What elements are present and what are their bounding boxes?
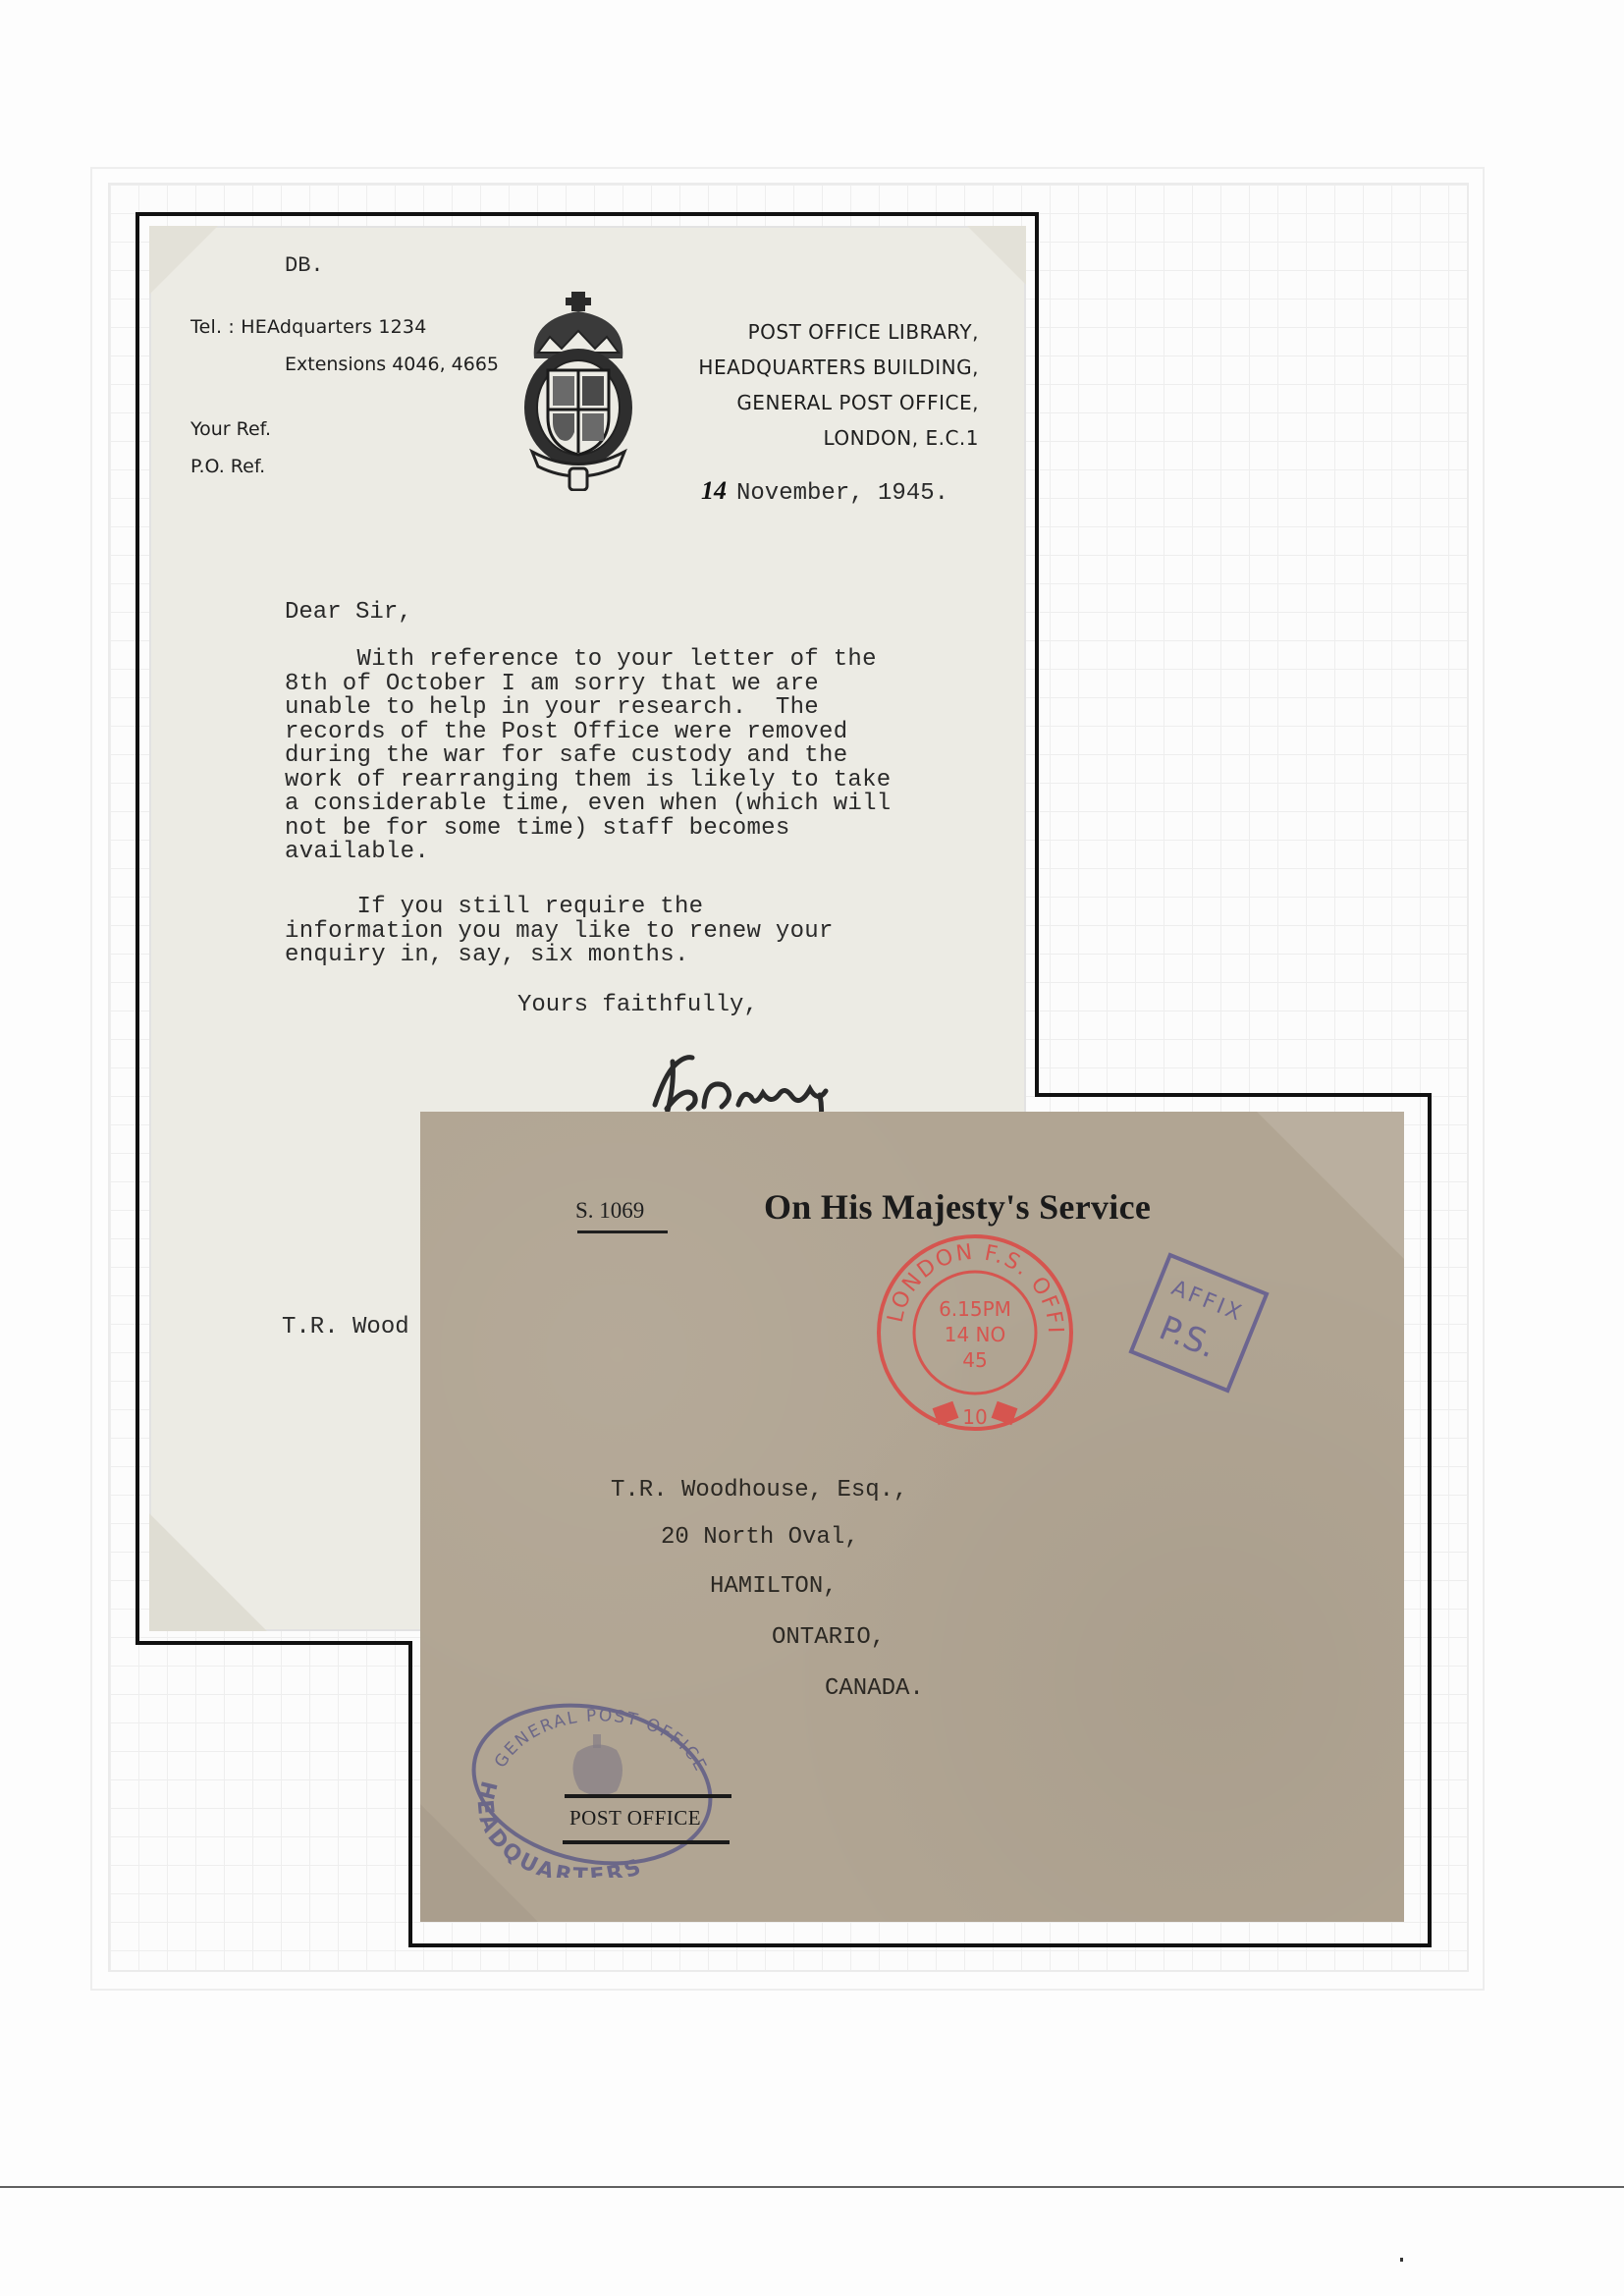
telephone-line: Tel. : HEAdquarters 1234 (190, 316, 426, 338)
po-ref-label: P.O. Ref. (190, 456, 265, 477)
postmark-code: 10 (962, 1405, 987, 1429)
recipient-address-line: 20 North Oval, (661, 1524, 859, 1551)
postmark-year: 45 (962, 1348, 987, 1372)
closing: Yours faithfully, (517, 992, 758, 1018)
recipient-address-line: T.R. Woodhouse, Esq., (611, 1477, 907, 1503)
official-paid-postmark-icon: LONDON F.S. OFFICIAL PAID 6.15PM 14 NO 4… (872, 1230, 1078, 1436)
your-ref-label: Your Ref. (190, 418, 271, 440)
envelope: S. 1069 On His Majesty's Service LONDON … (420, 1112, 1404, 1922)
postmark-date: 14 NO (945, 1323, 1006, 1346)
mount-border (1035, 1093, 1432, 1097)
ohms-heading: On His Majesty's Service (764, 1186, 1151, 1228)
body-paragraph: If you still require the information you… (285, 896, 834, 968)
post-office-label: POST OFFICE (569, 1806, 701, 1831)
mount-border (135, 212, 139, 1645)
addressee-partial: T.R. Wood (282, 1314, 409, 1340)
affix-ps-stamp-icon: AFFIX P.S. (1125, 1249, 1272, 1396)
mount-border (408, 1943, 1432, 1947)
address-line: LONDON, E.C.1 (698, 420, 979, 456)
mount-border (408, 1641, 412, 1947)
address-line: HEADQUARTERS BUILDING, (698, 350, 979, 385)
recipient-address-line: HAMILTON, (710, 1573, 838, 1600)
address-line: GENERAL POST OFFICE, (698, 385, 979, 420)
postmark-time: 6.15PM (939, 1297, 1011, 1321)
date-text: November, 1945. (736, 480, 948, 507)
mount-border (1428, 1093, 1432, 1947)
mount-border (1035, 212, 1039, 1096)
mount-border (135, 1641, 412, 1645)
photo-corner (967, 226, 1026, 285)
extensions-line: Extensions 4046, 4665 (285, 354, 499, 375)
photo-corner (149, 1513, 267, 1631)
library-address: POST OFFICE LIBRARY, HEADQUARTERS BUILDI… (698, 314, 979, 456)
scan-edge-line (0, 2186, 1624, 2188)
address-line: POST OFFICE LIBRARY, (698, 314, 979, 350)
handwritten-day: 14 (701, 476, 727, 505)
recipient-address-line: ONTARIO, (772, 1624, 885, 1651)
form-number-underline (577, 1230, 668, 1233)
letter-date: 14November, 1945. (701, 476, 948, 507)
ps-text: P.S. (1154, 1308, 1221, 1366)
salutation: Dear Sir, (285, 599, 412, 626)
body-paragraph: With reference to your letter of the 8th… (285, 648, 892, 865)
post-office-rule (563, 1840, 730, 1844)
photo-corner (149, 226, 218, 295)
post-office-rule (565, 1794, 731, 1798)
reference-initials: DB. (285, 253, 324, 278)
mount-border (135, 212, 1039, 216)
form-number: S. 1069 (575, 1198, 644, 1224)
photo-corner (1257, 1112, 1404, 1259)
gpo-headquarters-cachet-icon: GENERAL POST OFFICE HEADQUARTERS (460, 1691, 725, 1878)
recipient-address-line: CANADA. (825, 1675, 924, 1702)
scan-artifact (1400, 2258, 1403, 2262)
royal-crest-icon (520, 290, 636, 491)
